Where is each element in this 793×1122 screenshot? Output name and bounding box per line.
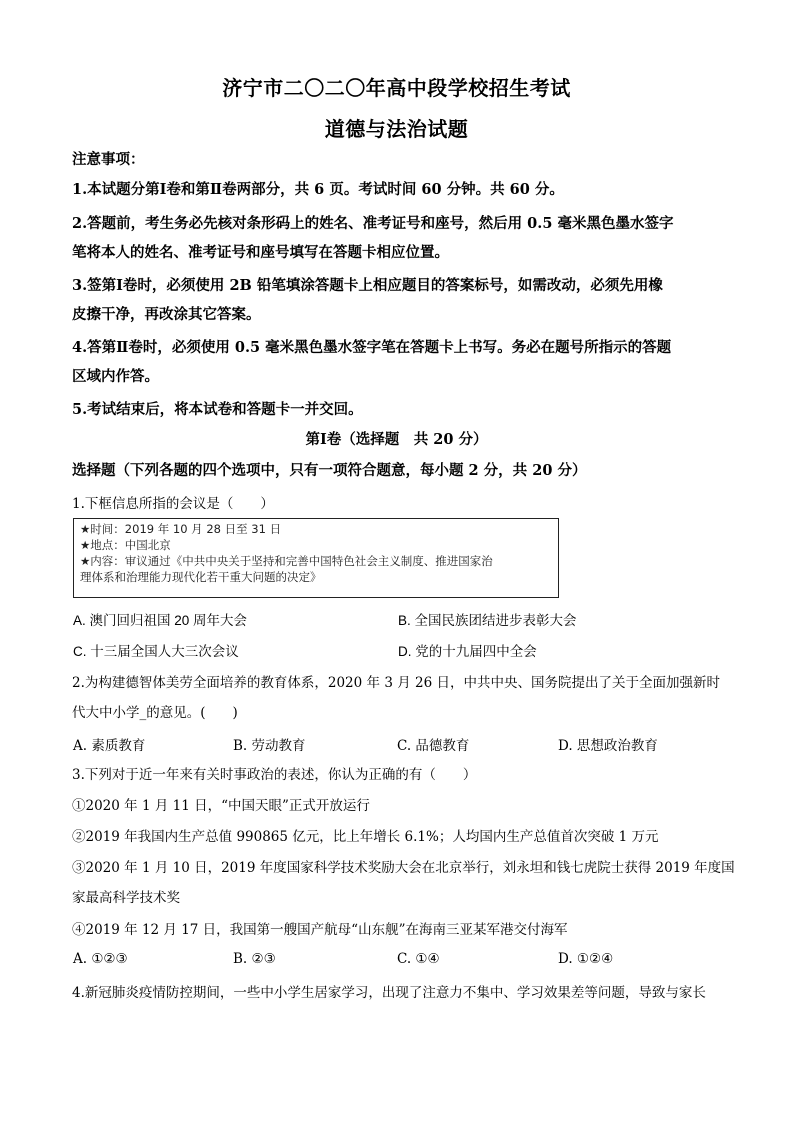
question-3-option-b: B. ②③ <box>233 951 276 967</box>
notice-item-5: 5.考试结束后，将本试卷和答题卡一并交回。 <box>72 400 732 420</box>
notice-item-1: 1.本试题分第Ⅰ卷和第Ⅱ卷两部分，共 6 页。考试时间 60 分钟。共 60 分… <box>72 180 732 200</box>
question-2-stem: 2.为构建德智体美劳全面培养的教育体系，2020 年 3 月 26 日，中共中央… <box>72 673 732 693</box>
question-2-option-a: A. 素质教育 <box>73 734 145 754</box>
notice-item-3-cont: 皮擦干净，再改涂其它答案。 <box>72 305 732 325</box>
question-1-option-c: C. 十三届全国人大三次会议 <box>73 640 239 660</box>
section-title: 第Ⅰ卷（选择题 共 20 分） <box>0 430 793 450</box>
info-box-line: ★内容：审议通过《中共中央关于坚持和完善中国特色社会主义制度、推进国家治 <box>80 553 552 569</box>
notice-item-2: 2.答题前，考生务必先核对条形码上的姓名、准考证号和座号，然后用 0.5 毫米黑… <box>72 214 732 234</box>
exam-title: 济宁市二〇二〇年高中段学校招生考试 <box>0 72 793 101</box>
question-3-option-a: A. ①②③ <box>73 951 128 967</box>
exam-page: 济宁市二〇二〇年高中段学校招生考试 道德与法治试题 注意事项： 1.本试题分第Ⅰ… <box>0 0 793 1122</box>
question-1-stem: 1.下框信息所指的会议是（ ） <box>72 494 732 514</box>
question-1-info-box: ★时间：2019 年 10 月 28 日至 31 日 ★地点：中国北京 ★内容：… <box>73 518 559 598</box>
question-3-statement-2: ②2019 年我国内生产总值 990865 亿元，比上年增长 6.1%；人均国内… <box>72 827 732 847</box>
question-3-option-d: D. ①②④ <box>558 951 613 967</box>
section-instruction: 选择题（下列各题的四个选项中，只有一项符合题意，每小题 2 分，共 20 分） <box>72 461 732 481</box>
info-box-line: ★地点：中国北京 <box>80 537 552 553</box>
question-2-option-b: B. 劳动教育 <box>233 734 306 754</box>
info-box-line: ★时间：2019 年 10 月 28 日至 31 日 <box>80 521 552 537</box>
question-3-statement-3: ③2020 年 1 月 10 日，2019 年度国家科学技术奖励大会在北京举行，… <box>72 858 732 878</box>
question-2-option-c: C. 品德教育 <box>397 734 469 754</box>
question-3-statement-4: ④2019 年 12 月 17 日，我国第一艘国产航母“山东舰”在海南三亚某军港… <box>72 920 732 940</box>
question-1-option-a: A. 澳门回归祖国 20 周年大会 <box>73 609 247 629</box>
notice-item-4-cont: 区域内作答。 <box>72 367 732 387</box>
question-2-option-d: D. 思想政治教育 <box>558 734 658 754</box>
exam-subtitle: 道德与法治试题 <box>0 113 793 142</box>
notice-item-4: 4.答第Ⅱ卷时，必须使用 0.5 毫米黑色墨水签字笔在答题卡上书写。务必在题号所… <box>72 338 732 358</box>
question-1-option-b: B. 全国民族团结进步表彰大会 <box>398 609 577 629</box>
question-4-stem: 4.新冠肺炎疫情防控期间，一些中小学生居家学习，出现了注意力不集中、学习效果差等… <box>72 983 732 1003</box>
info-box-line: 理体系和治理能力现代化若干重大问题的决定》 <box>80 569 552 585</box>
notice-heading: 注意事项： <box>72 150 732 170</box>
question-3-stem: 3.下列对于近一年来有关时事政治的表述，你认为正确的有（ ） <box>72 765 732 785</box>
question-3-statement-1: ①2020 年 1 月 11 日，“中国天眼”正式开放运行 <box>72 796 732 816</box>
question-2-stem-cont: 代大中小学_的意见。( ) <box>72 703 732 723</box>
notice-item-2-cont: 笔将本人的姓名、准考证号和座号填写在答题卡相应位置。 <box>72 243 732 263</box>
notice-item-3: 3.签第Ⅰ卷时，必须使用 2B 铅笔填涂答题卡上相应题目的答案标号，如需改动，必… <box>72 276 732 296</box>
question-3-statement-3-cont: 家最高科学技术奖 <box>72 888 732 908</box>
question-1-option-d: D. 党的十九届四中全会 <box>398 640 537 660</box>
question-3-option-c: C. ①④ <box>397 951 440 967</box>
